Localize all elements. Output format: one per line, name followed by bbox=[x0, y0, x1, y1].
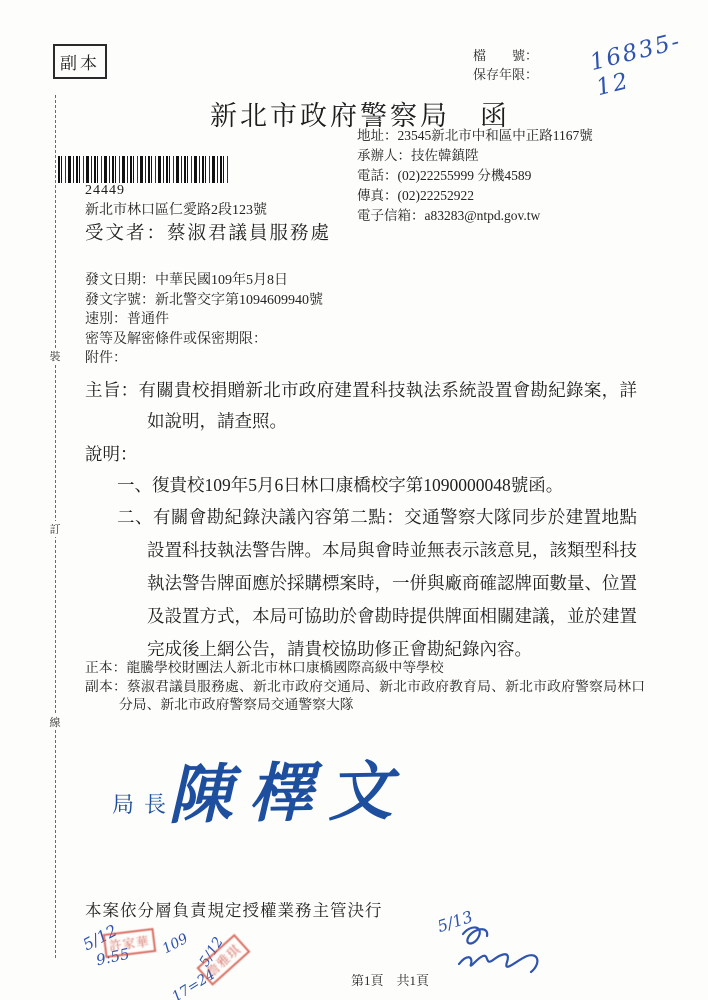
sender-phone: 電話：(02)22255999 分機4589 bbox=[357, 166, 593, 186]
handwritten-year-2: 109 bbox=[160, 931, 191, 958]
commissioner-title: 局長 bbox=[112, 788, 176, 819]
file-number-block: 檔 號： 保存年限： bbox=[473, 46, 538, 84]
sender-address: 地址：23545新北市中和區中正路1167號 bbox=[357, 126, 593, 146]
subject-paragraph: 主旨：有關貴校捐贈新北市政府建置科技執法系統設置會勘紀錄案，詳如說明，請查照。 bbox=[85, 375, 637, 437]
commissioner-signature-name: 陳檡文 bbox=[167, 740, 409, 836]
barcode-number: 24449 bbox=[85, 183, 125, 199]
document-meta-block: 發文日期：中華民國109年5月8日 發文字號：新北警交字第1094609940號… bbox=[85, 271, 323, 369]
copy-stamp-box: 副本 bbox=[53, 44, 107, 79]
original-recipient-line: 正本：龍騰學校財團法人新北市林口康橋國際高級中等學校 bbox=[85, 659, 645, 678]
delegation-decision-line: 本案依分層負責規定授權業務主管決行 bbox=[85, 897, 383, 921]
speed-class: 速別：普通件 bbox=[85, 310, 323, 330]
issue-date: 發文日期：中華民國109年5月8日 bbox=[85, 271, 323, 291]
issue-number: 發文字號：新北警交字第1094609940號 bbox=[85, 291, 323, 311]
security-class: 密等及解密條件或保密期限： bbox=[85, 330, 323, 350]
mailing-barcode bbox=[58, 156, 228, 183]
binding-char-zhuang: 裝 bbox=[44, 348, 66, 364]
sender-contact-block: 地址：23545新北市中和區中正路1167號 承辦人：技佐韓鎮陞 電話：(02)… bbox=[357, 126, 593, 226]
binding-char-xian: 線 bbox=[44, 714, 66, 730]
recipient-line: 受文者：蔡淑君議員服務處 bbox=[85, 219, 331, 245]
explanation-label: 說明： bbox=[85, 439, 637, 469]
explanation-item-2: 二、有關會勘紀錄決議內容第二點：交通警察大隊同步於建置地點設置科技執法警告牌。本… bbox=[85, 501, 637, 666]
scanned-official-letter: { "header": { "copy_stamp": "副本", "file_… bbox=[0, 0, 708, 1000]
sender-fax: 傳真：(02)22252922 bbox=[357, 186, 593, 206]
letter-body: 主旨：有關貴校捐贈新北市政府建置科技執法系統設置會勘紀錄案，詳如說明，請查照。 … bbox=[85, 375, 637, 666]
recipient-address: 新北市林口區仁愛路2段123號 bbox=[85, 199, 267, 219]
retention-period-label: 保存年限： bbox=[473, 65, 538, 84]
sender-email: 電子信箱：a83283@ntpd.gov.tw bbox=[357, 206, 593, 226]
page-number-footer: 第1頁 共1頁 bbox=[0, 970, 708, 989]
sender-contact-person: 承辦人：技佐韓鎮陞 bbox=[357, 146, 593, 166]
file-number-label: 檔 號： bbox=[473, 46, 538, 65]
distribution-block: 正本：龍騰學校財團法人新北市林口康橋國際高級中等學校 副本：蔡淑君議員服務處、新… bbox=[85, 659, 645, 715]
red-name-stamp-1: 許家華 bbox=[103, 928, 156, 958]
binding-char-ding: 訂 bbox=[44, 521, 66, 537]
copy-recipient-line: 副本：蔡淑君議員服務處、新北市政府交通局、新北市政府教育局、新北市政府警察局林口… bbox=[85, 678, 645, 715]
handwritten-file-number: 16835-12 bbox=[587, 23, 708, 102]
explanation-item-1: 一、復貴校109年5月6日林口康橋校字第1090000048號函。 bbox=[85, 469, 637, 501]
attachment-label: 附件： bbox=[85, 349, 323, 369]
